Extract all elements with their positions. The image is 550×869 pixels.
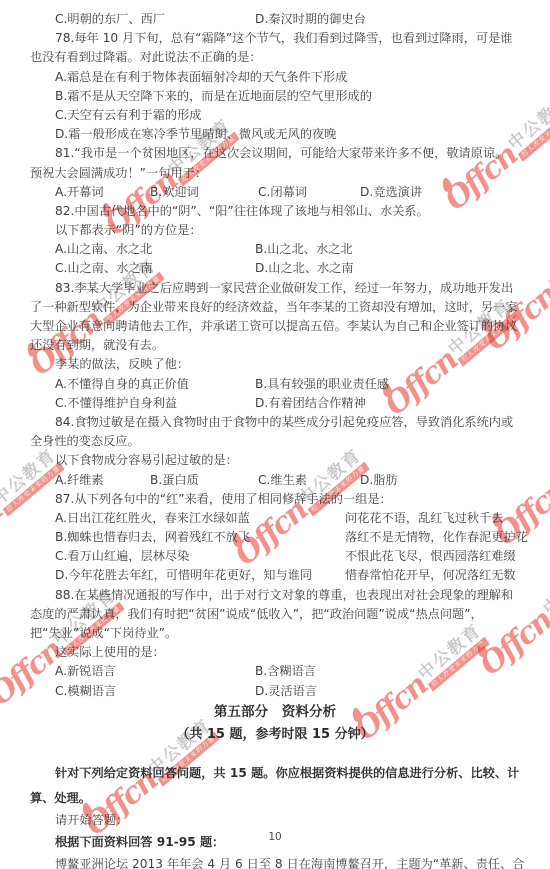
option-cell: D.秦汉时期的御史台 <box>255 10 366 29</box>
option-cell: C.模糊语言 <box>55 682 255 701</box>
options-row: A.日出江花红胜火，春来江水绿如蓝问花花不语，乱红飞过秋千去 <box>30 509 520 528</box>
option-cell: 落红不是无情物，化作春泥更护花 <box>345 528 528 547</box>
option-cell: A.日出江花红胜火，春来江水绿如蓝 <box>55 509 345 528</box>
text-line: 态度的严肃认真，我们有时把“贫困”说成“低收入”，把“政治问题”说成“热点问题”… <box>30 605 520 624</box>
option-cell: A.山之南、水之北 <box>55 240 255 259</box>
exam-page: Offcn中公教育给人改变未来的力量Offcn中公教育给人改变未来的力量Offc… <box>0 0 550 869</box>
text-line: 78.每年 10 月下旬，总有“霜降”这个节气，我们看到过降雪，也看到过降雨，可… <box>30 29 520 48</box>
option-cell: D.今年花胜去年红，可惜明年花更好，知与谁同 <box>55 566 345 585</box>
option-cell: C.山之南、水之南 <box>55 259 255 278</box>
offcn-logo-cn: 中公教育 <box>545 231 550 294</box>
text-line: 以下都表示“阴”的方位是： <box>30 221 520 240</box>
options-row: C.明朝的东厂、西厂D.秦汉时期的御史台 <box>30 10 520 29</box>
option-cell: C.维生素 <box>258 471 360 490</box>
text-line: 83.李某大学毕业之后应聘到一家民营企业做研发工作，经过一年努力，成功地开发出 <box>30 279 520 298</box>
option-cell: D.有着团结合作精神 <box>255 394 366 413</box>
options-row: C.看万山红遍，层林尽染不恨此花飞尽，恨西园落红难缀 <box>30 547 520 566</box>
text-line: 还没有到期，就没有去。 <box>30 336 520 355</box>
text-line: 84.食物过敏是在摄入食物时由于食物中的某些成分引起免疫应答，导致消化系统内或 <box>30 413 520 432</box>
options-row: A.山之南、水之北B.山之北、水之北 <box>30 240 520 259</box>
option-cell: D.灵活语言 <box>255 682 317 701</box>
options-row: D.今年花胜去年红，可惜明年花更好，知与谁同惜春常怕花开早，何况落红无数 <box>30 566 520 585</box>
option-cell: 惜春常怕花开早，何况落红无数 <box>345 566 516 585</box>
text-line: 请开始答题： <box>30 811 520 830</box>
text-line: C.天空有云有利于霜的形成 <box>30 106 520 125</box>
text-line: 博鳌亚洲论坛 2013 年年会 4 月 6 日至 8 日在海南博鳌召开，主题为“… <box>30 855 520 869</box>
option-cell: C.明朝的东厂、西厂 <box>55 10 255 29</box>
text-line: 预祝大会圆满成功！”一句用于： <box>30 164 520 183</box>
option-cell: C.不懂得维护自身利益 <box>55 394 255 413</box>
option-cell: B.含糊语言 <box>255 662 316 681</box>
text-line: 李某的做法，反映了他： <box>30 355 520 374</box>
section-heading: 第五部分 资料分析 <box>30 701 520 724</box>
option-cell: 不恨此花飞尽，恨西园落红难缀 <box>345 547 516 566</box>
spacer <box>30 746 520 761</box>
text-line: 81.“我市是一个贫困地区，在这次会议期间，可能给大家带来许多不便，敬请原谅。 <box>30 144 520 163</box>
offcn-slogan-ribbon: 给人改变未来的力量 <box>518 107 550 162</box>
option-cell: A.纤维素 <box>55 471 150 490</box>
option-cell: B.蛋白质 <box>150 471 258 490</box>
option-cell: A.开幕词 <box>55 183 150 202</box>
options-row: C.不懂得维护自身利益D.有着团结合作精神 <box>30 394 520 413</box>
option-cell: 问花花不语，乱红飞过秋千去 <box>345 509 503 528</box>
options-row: A.新锐语言B.含糊语言 <box>30 662 520 681</box>
text-line: A.霜总是在有利于物体表面辐射冷却的天气条件下形成 <box>30 68 520 87</box>
options-row: A.不懂得自身的真正价值B.具有较强的职业责任感 <box>30 375 520 394</box>
option-cell: D.脂肪 <box>360 471 398 490</box>
text-line: 全身性的变态反应。 <box>30 432 520 451</box>
section-heading: （共 15 题，参考时限 15 分钟） <box>30 724 520 746</box>
options-row: C.模糊语言D.灵活语言 <box>30 682 520 701</box>
option-cell: A.不懂得自身的真正价值 <box>55 375 255 394</box>
options-row: A.纤维素B.蛋白质C.维生素D.脂肪 <box>30 471 520 490</box>
option-cell: B.蜘蛛也惜春归去，网着残红不放飞 <box>55 528 345 547</box>
text-line: D.霜一般形成在寒冷季节里晴朗、微风或无风的夜晚 <box>30 125 520 144</box>
option-cell: D.竞选演讲 <box>360 183 422 202</box>
text-line: 82.中国古代地名中的“阴”、“阳”往往体现了该地与相邻山、水关系。 <box>30 202 520 221</box>
text-line: 也没有看到过降霜。对此说法不正确的是： <box>30 48 520 67</box>
option-cell: D.山之北、水之南 <box>255 259 354 278</box>
text-line: 大型企业有意向聘请他去工作，并承诺工资可以提高五倍。李某认为自己和企业签订的协议 <box>30 317 520 336</box>
text-line: 这实际上使用的是： <box>30 643 520 662</box>
offcn-logo-text-group: 中公教育给人改变未来的力量 <box>545 231 550 301</box>
option-cell: C.闭幕词 <box>258 183 360 202</box>
options-row: B.蜘蛛也惜春归去，网着残红不放飞落红不是无情物，化作春泥更护花 <box>30 528 520 547</box>
option-cell: B.欢迎词 <box>150 183 258 202</box>
text-line: 把“失业”说成“下岗待业”。 <box>30 624 520 643</box>
offcn-logo-cn: 中公教育 <box>540 556 550 619</box>
options-row: C.山之南、水之南D.山之北、水之南 <box>30 259 520 278</box>
option-cell: A.新锐语言 <box>55 662 255 681</box>
document-body: C.明朝的东厂、西厂D.秦汉时期的御史台78.每年 10 月下旬，总有“霜降”这… <box>30 10 520 869</box>
offcn-logo-text-group: 中公教育给人改变未来的力量 <box>540 556 550 626</box>
page-number: 10 <box>0 831 550 843</box>
text-line: 88.在某些情况通报的写作中，出于对行文对象的尊重，也表现出对社会现象的理解和 <box>30 586 520 605</box>
text-line: B.霜不是从天空降下来的，而是在近地面层的空气里形成的 <box>30 87 520 106</box>
text-line: 针对下列给定资料回答问题，共 15 题。你应根据资料提供的信息进行分析、比较、计 <box>30 761 520 786</box>
option-cell: C.看万山红遍，层林尽染 <box>55 547 345 566</box>
text-line: 87.从下列各句中的“红”来看，使用了相同修辞手法的一组是： <box>30 490 520 509</box>
text-line: 算、处理。 <box>30 786 520 811</box>
options-row: A.开幕词B.欢迎词C.闭幕词D.竞选演讲 <box>30 183 520 202</box>
text-line: 了一种新型软件，为企业带来良好的经济效益，当年李某的工资却没有增加，这时，另一家 <box>30 298 520 317</box>
offcn-logo-script: Offcn <box>0 495 7 571</box>
option-cell: B.山之北、水之北 <box>255 240 353 259</box>
text-line: 以下食物成分容易引起过敏的是： <box>30 451 520 470</box>
option-cell: B.具有较强的职业责任感 <box>255 375 389 394</box>
